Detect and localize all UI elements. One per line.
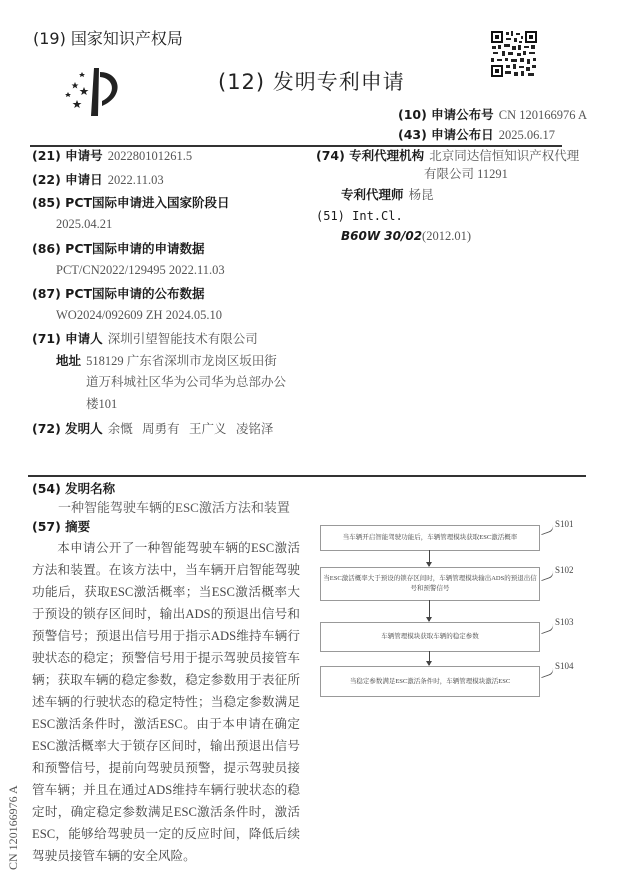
invention-title-label: (54) 发明名称: [32, 481, 115, 497]
applicant-value: 深圳引望智能技术有限公司: [108, 332, 258, 346]
patent-agent-label: 专利代理师: [341, 187, 404, 202]
pct-application-data-value: PCT/CN2022/129495 2022.11.03: [56, 262, 225, 278]
int-cl-classification: B60W 30/02(2012.01): [341, 227, 471, 244]
application-number-value: 202280101261.5: [108, 149, 192, 163]
flow-arrow: [429, 651, 430, 665]
pct-national-phase-label: (85) PCT国际申请进入国家阶段日: [32, 195, 230, 211]
abstract-label: (57) 摘要: [32, 519, 90, 535]
application-number: (21) 申请号 202280101261.5: [32, 147, 192, 164]
address-line-2: 道万科城社区华为公司华为总部办公: [86, 374, 286, 390]
applicant-label: (71) 申请人: [32, 331, 103, 346]
application-number-label: (21) 申请号: [32, 148, 103, 163]
patent-agency-label: (74) 专利代理机构: [316, 148, 424, 163]
publication-date-value: 2025.06.17: [499, 128, 555, 142]
flowchart-step-s102: 当ESC激活概率大于预设的锁存区间时，车辆管理模块输出ADS的预退出信号和预警信…: [320, 567, 540, 601]
flowchart-step-s103: 车辆管理模块获取车辆的稳定参数: [320, 622, 540, 652]
patent-agency: (74) 专利代理机构 北京同达信恒知识产权代理: [316, 147, 579, 164]
qr-code: [490, 30, 538, 78]
pct-national-phase-value: 2025.04.21: [56, 216, 112, 232]
address: 地址 518129 广东省深圳市龙岗区坂田街: [56, 352, 277, 369]
patent-agency-line-1: 北京同达信恒知识产权代理: [429, 149, 579, 163]
int-cl-label: (51) Int.Cl.: [316, 208, 403, 224]
application-date-label: (22) 申请日: [32, 172, 103, 187]
pct-publication-data-label: (87) PCT国际申请的公布数据: [32, 286, 205, 302]
step-leader-line: [539, 623, 555, 634]
step-id-s104: S104: [555, 661, 574, 671]
application-date: (22) 申请日 2022.11.03: [32, 171, 164, 188]
step-leader-line: [539, 667, 555, 678]
flow-arrow: [429, 550, 430, 566]
flow-arrow: [429, 600, 430, 621]
issuing-office: (19) 国家知识产权局: [33, 26, 183, 49]
abstract-text: 本申请公开了一种智能驾驶车辆的ESC激活方法和装置。在该方法中，当车辆开启智能驾…: [32, 537, 300, 867]
abstract-body: 本申请公开了一种智能驾驶车辆的ESC激活方法和装置。在该方法中，当车辆开启智能驾…: [32, 537, 300, 867]
publication-number: (10) 申请公布号 CN 120166976 A: [398, 106, 587, 123]
patent-agent: 专利代理师 杨昆: [341, 186, 434, 203]
inventors: (72) 发明人 余慨 周勇有 王广义 凌铭泽: [32, 420, 273, 437]
body-divider: [28, 475, 586, 477]
flowchart-step-s101: 当车辆开启智能驾驶功能后，车辆管理模块获取ESC激活概率: [320, 525, 540, 551]
applicant: (71) 申请人 深圳引望智能技术有限公司: [32, 330, 258, 347]
document-type-title: (12) 发明专利申请: [218, 66, 405, 96]
address-line-3: 楼101: [86, 396, 117, 412]
patent-agent-value: 杨昆: [409, 188, 434, 202]
address-line-1: 518129 广东省深圳市龙岗区坂田街: [86, 354, 277, 368]
step-leader-line: [539, 524, 555, 535]
invention-title: 一种智能驾驶车辆的ESC激活方法和装置: [58, 500, 290, 516]
cnipa-logo: [62, 66, 132, 121]
pct-publication-data-value: WO2024/092609 ZH 2024.05.10: [56, 307, 222, 323]
pct-application-data-label: (86) PCT国际申请的申请数据: [32, 241, 205, 257]
step-id-s102: S102: [555, 565, 574, 575]
inventors-value: 余慨 周勇有 王广义 凌铭泽: [108, 422, 274, 436]
address-label: 地址: [56, 353, 81, 368]
int-cl-version: (2012.01): [422, 229, 471, 243]
step-leader-line: [539, 570, 555, 581]
publication-date-label: (43) 申请公布日: [398, 127, 494, 142]
patent-agency-line-2: 有限公司 11291: [424, 166, 508, 182]
publication-number-label: (10) 申请公布号: [398, 107, 494, 122]
side-publication-number: CN 120166976 A: [6, 770, 24, 870]
step-id-s103: S103: [555, 617, 574, 627]
int-cl-code: B60W 30/02: [341, 229, 422, 243]
step-id-s101: S101: [555, 519, 574, 529]
publication-number-value: CN 120166976 A: [499, 108, 587, 122]
publication-date: (43) 申请公布日 2025.06.17: [398, 126, 555, 143]
application-date-value: 2022.11.03: [108, 173, 164, 187]
flowchart-step-s104: 当稳定参数满足ESC激活条件时，车辆管理模块激活ESC: [320, 666, 540, 697]
inventors-label: (72) 发明人: [32, 421, 103, 436]
